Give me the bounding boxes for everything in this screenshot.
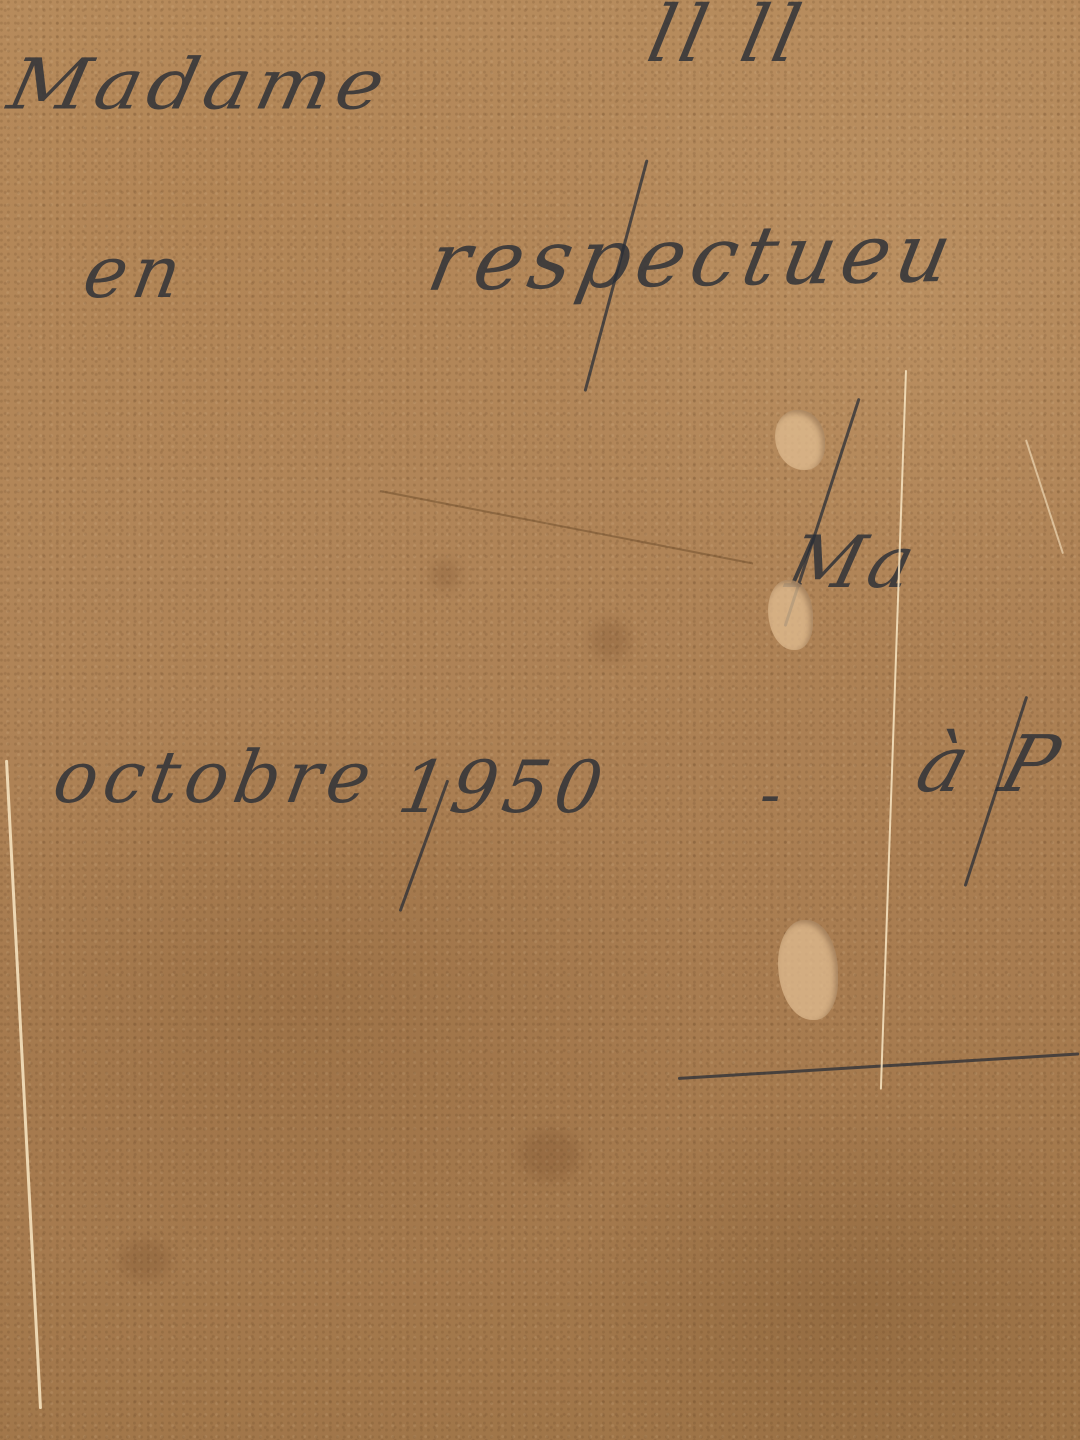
paper-tear [778, 920, 838, 1020]
handwritten-word-en: en [78, 230, 194, 314]
handwritten-fragment-top-right: ll ll [640, 0, 814, 80]
handwritten-cardboard-photo: { "document": { "medium": "pencil handwr… [0, 0, 1080, 1440]
paper-scratch [380, 490, 753, 564]
stain [120, 1240, 170, 1280]
paper-crease-far-right [1025, 439, 1064, 554]
stain [520, 1130, 580, 1180]
handwritten-word-respectueux: respectueu [421, 206, 965, 310]
stain [590, 620, 630, 660]
paper-crease-left [5, 760, 42, 1409]
handwritten-dash: - [760, 760, 786, 830]
handwritten-place-fragment: à P [907, 720, 1075, 810]
paper-crease-right [880, 370, 907, 1090]
handwritten-salutation: Madame [1, 45, 397, 126]
stain [430, 560, 460, 590]
paper-tear [768, 580, 813, 650]
handwritten-month: octobre [48, 735, 384, 819]
pencil-underline [678, 1052, 1079, 1080]
paper-tear [775, 410, 825, 470]
handwritten-year: 1950 [393, 745, 615, 829]
